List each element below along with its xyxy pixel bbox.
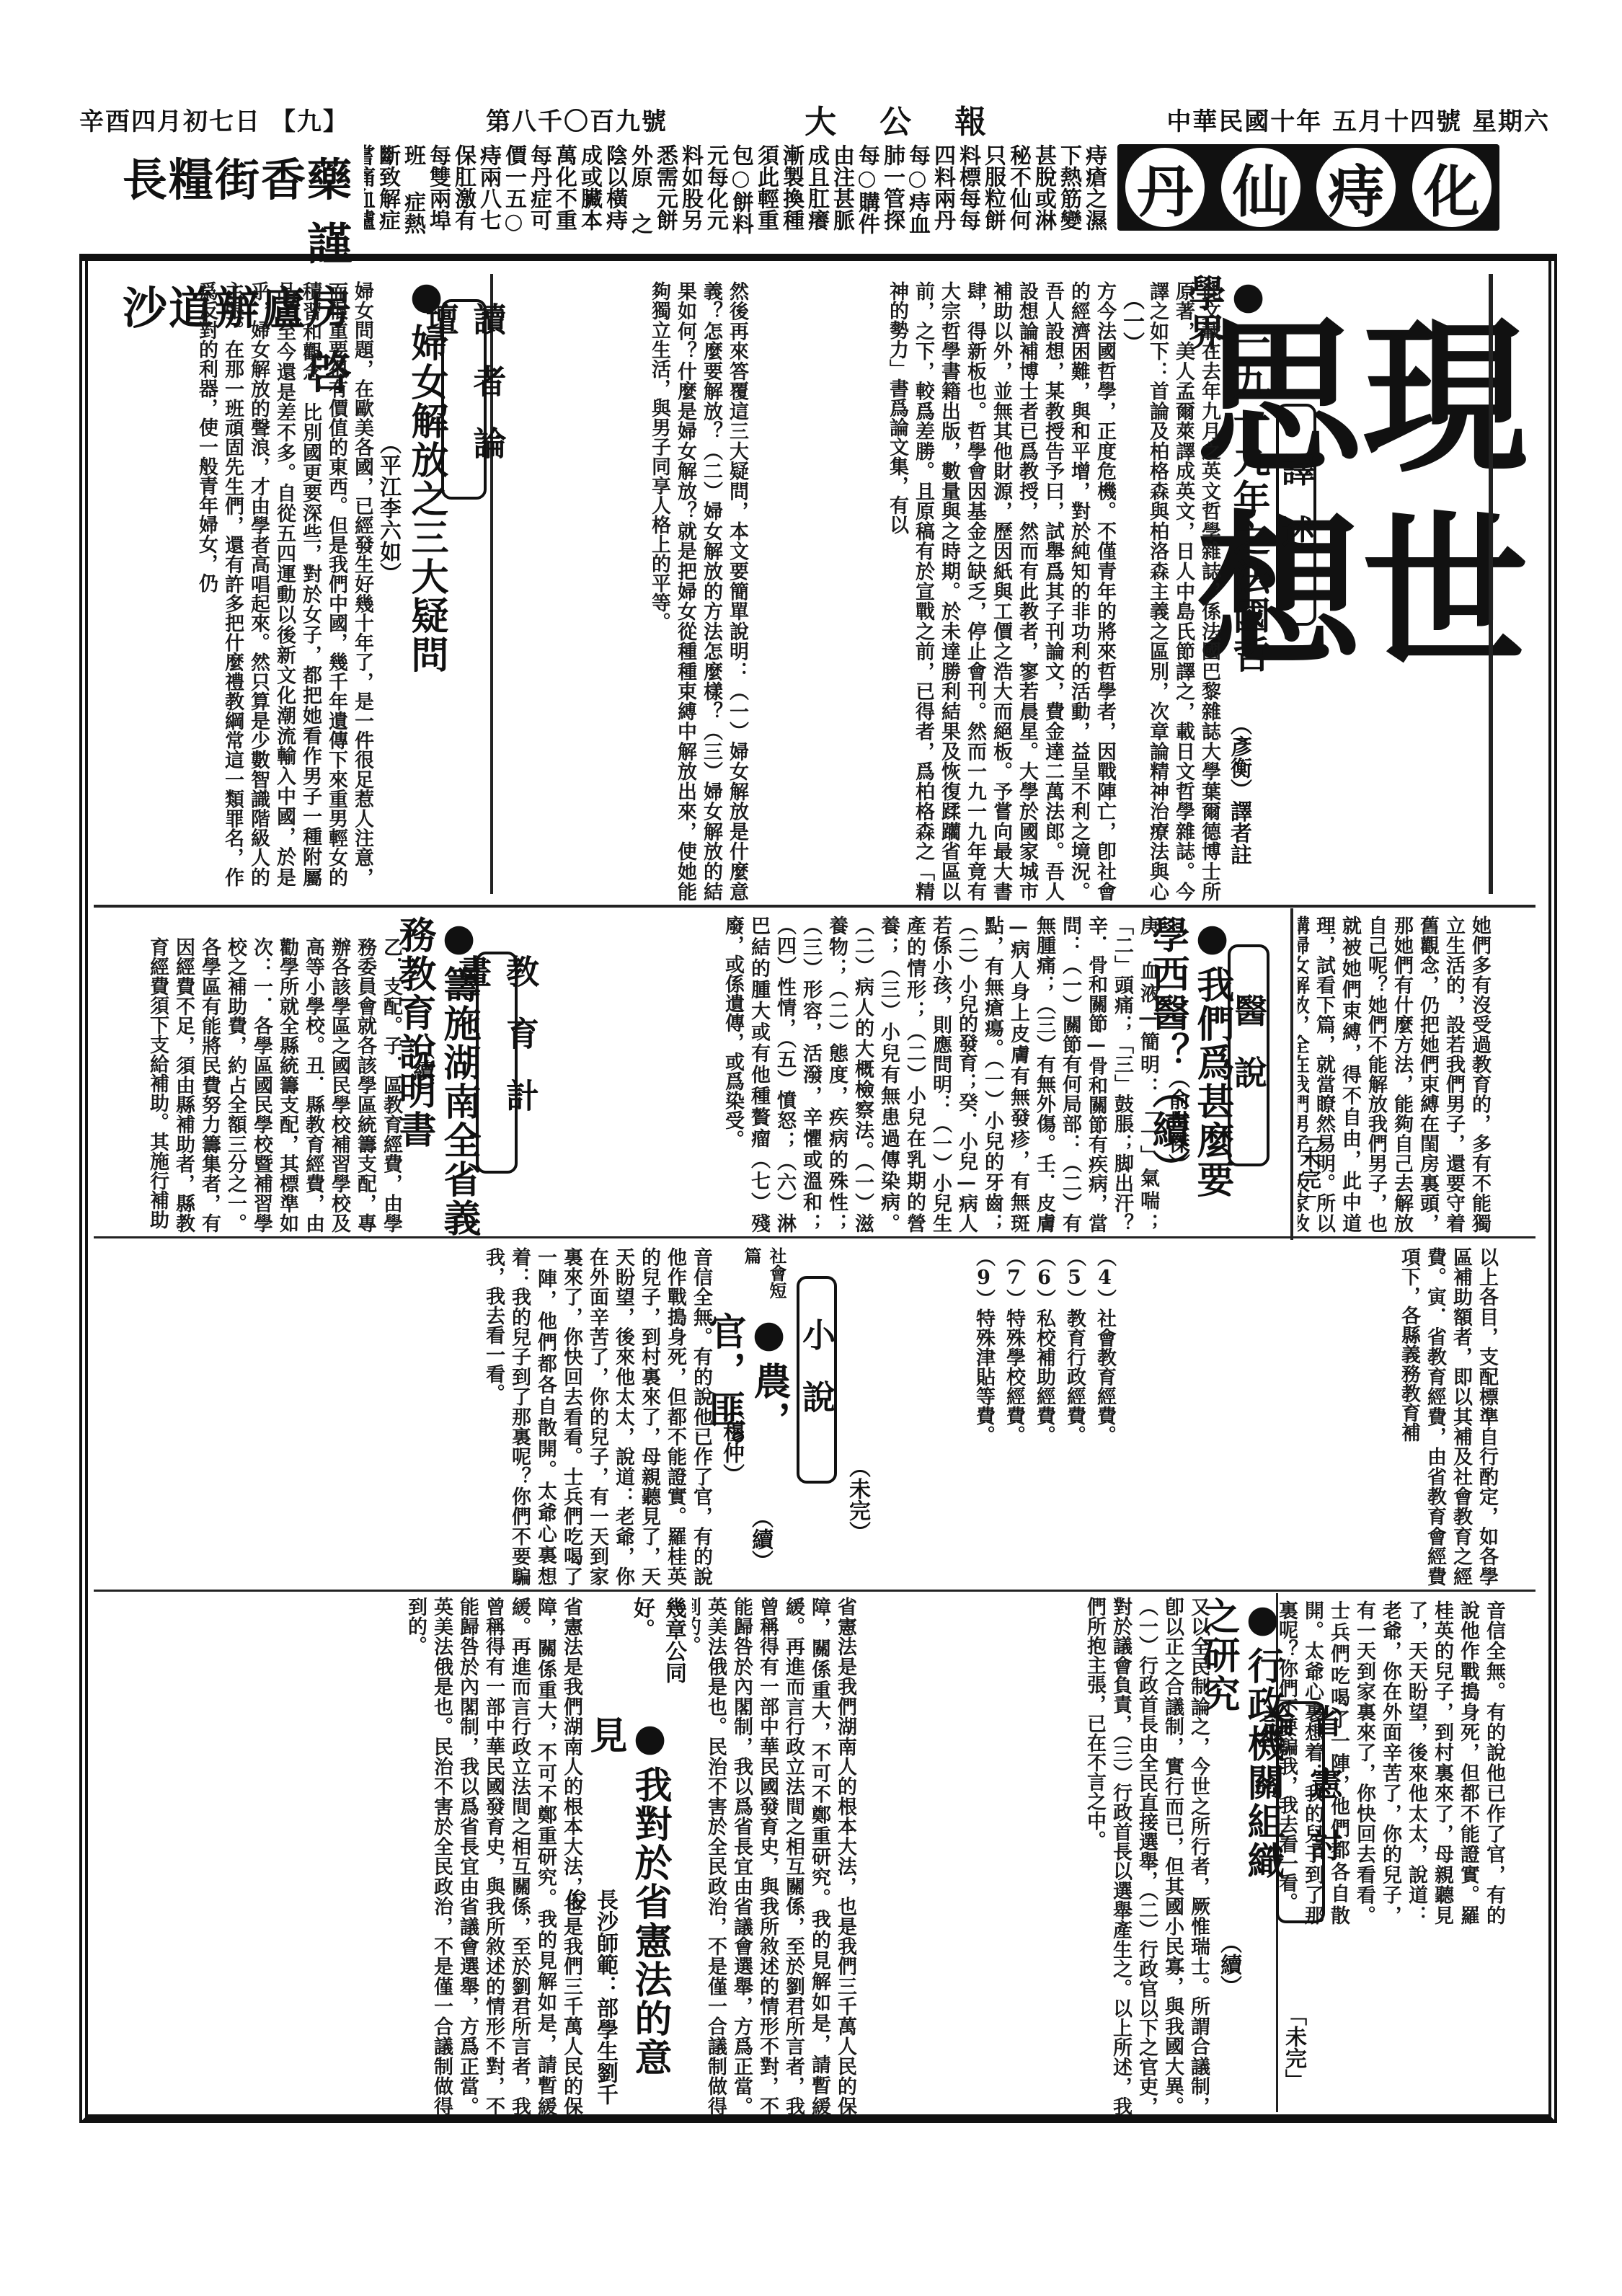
admin-status: 「未完」 [1283,2004,1309,2098]
ad-brand-char: 丹 [1125,148,1205,227]
ad-shop: 長糧街香藥謹 沙道辦廬房啓 [115,144,353,245]
headline-french-philosophy: 一九一九年之法國哲學界 [1226,274,1270,678]
forum-byline: （平江李六如） [375,433,404,649]
education-expense-list: （4）社會教育經費。 （5）教育行政經費。 （6）私校補助經費。 （7）特殊學校… [887,1247,1117,1586]
admin-continued: （續） [1218,1932,1244,2004]
headline-farmer-official-bandit: 農，官，匪。 [746,1312,791,1507]
masthead-date: 中華民國十年 五月十四號 星期六 [1166,102,1550,137]
fiction-continued: （續） [750,1507,776,1579]
opinion-tail: 幾章公同好。 [663,1597,689,1705]
ad-brand-char: 化 [1412,148,1492,227]
article-intro: 此文載在去年九月之英文哲學雜誌，係法國巴黎雜誌大學葉爾德博士所原著，美人孟爾萊譯… [1150,281,1222,901]
list-item: （4）社會教育經費。 [1091,1247,1117,1579]
article-body: 方今法國哲學，正度危機。不僅青年的將來哲學者，因戰陣亡，卽社會的經濟困難，與和平… [757,281,1117,901]
list-item: （7）特殊學校經費。 [1001,1247,1027,1579]
opinion-body: 省憲法是我們湖南人的根本大法，也是我們三千萬人民的保障，關係重大，不可不鄭重研究… [692,1597,858,2116]
forum-tail: 她們多有沒受過教育的，多有不能獨立生活的，設若我們男子，還要守着舊觀念，仍把她們… [1298,916,1492,1233]
section-title-current-thought: 現世思想 [1326,310,1514,858]
ad-copy: 痔瘡之濕下熱筋變甚脫或淋秘不仙何只服粒餅料標每每四料兩丹每○痔血肺一管探每○購件… [364,144,1107,245]
translator-note: （彥衡）譯者註 [1226,714,1254,901]
headline-admin-organization: 行政機關組織之研究 [1240,1597,1285,1914]
issue-number: 第八千〇百九號 [486,102,668,137]
education-status: （未完） [847,1456,873,1550]
admin-body: 又以全民制論之，今世之所行者，厥惟瑞士。所謂合議制，卽以正之合議制，實行而已，但… [865,1597,1211,2116]
masthead-lunar: 辛酉四月初七日 【九】 [79,102,349,137]
advertisement: 化 痔 仙 丹 痔瘡之濕下熱筋變甚脫或淋秘不仙何只服粒餅料標每每四料兩丹每○痔血… [115,144,1499,252]
label-education: 教育計畫 [476,952,518,1174]
section-divider [94,1590,1535,1592]
headline-hunan-education: 籌施湖南全省義務教育說明書 [436,916,481,1254]
masthead: 中華民國十年 五月十四號 星期六 大公報 第八千〇百九號 辛酉四月初七日 【九】 [79,101,1550,137]
divider [1489,274,1493,894]
list-item: （9）特殊津貼等費。 [970,1247,996,1579]
label-translation: 譯述 [1276,404,1316,626]
ad-brand-char: 痔 [1316,148,1396,227]
forum-body: 婦女問題，在歐美各國，已經發生好幾十年了，是一件很足惹人注意，而很重要很有價值的… [101,281,375,887]
section-marker: （一） [1121,288,1147,360]
paper-name: 大公報 [805,96,1029,142]
label-fiction: 小說 [797,1276,837,1484]
opinion-byline: 長沙師範：部學生劉千俊 [595,1889,621,2105]
ad-brand-char: 仙 [1221,148,1300,227]
section-divider [94,1236,1535,1238]
education-body: 乙．支配。子．區教育經費，由學務委員會就各該學區統籌支配，專辦各該學區之國民學校… [101,937,404,1233]
education-continued: （續） [411,1038,437,1117]
headline-western-medicine: 我們爲甚麼要學西醫？（續） [1189,916,1234,1233]
divider [1290,908,1293,1240]
forum-continuation: 然後再來答覆這三大疑問，本文要簡單說明：（一）婦女解放是什麼意義？怎麼要解放？（… [497,281,750,901]
headline-women-liberation: 婦女解放之三大疑問 [404,274,448,678]
fiction-genre: 社會短篇 [761,1247,789,1312]
list-item: （6）私校補助經費。 [1031,1247,1057,1579]
forum-status: 「未完」 [1298,1125,1324,1218]
education-list-intro: 以上各目，支配標準自行酌定，如各學區補助額者，即以其補及社會教育之經費。寅．省教… [1125,1247,1499,1586]
medicine-byline: （俞世傑） [1166,1067,1192,1182]
fiction-body: 音信全無。有的說他已作了官，有的說他作戰搗身死，但都不能證實。羅桂英的兒子，到村… [101,1247,714,1586]
opinion-body-continued: 省憲法是我們湖南人的根本大法，也是我們三千萬人民的保障，關係重大，不可不鄭重研究… [101,1597,584,2116]
headline-constitution-opinion: 我對於省憲法的意見 [627,1716,672,2091]
ad-brand-block: 化 痔 仙 丹 [1117,144,1499,231]
list-item: （5）教育行政經費。 [1061,1247,1087,1579]
section-divider [94,905,1535,908]
fiction-byline: （穆仲） [721,1399,747,1499]
medicine-body: 庚．血液—簡明：「一」氣喘；「二」頭痛；「三」鼓脹；脚出汗？辛．骨和關節—骨和關… [678,916,1161,1233]
